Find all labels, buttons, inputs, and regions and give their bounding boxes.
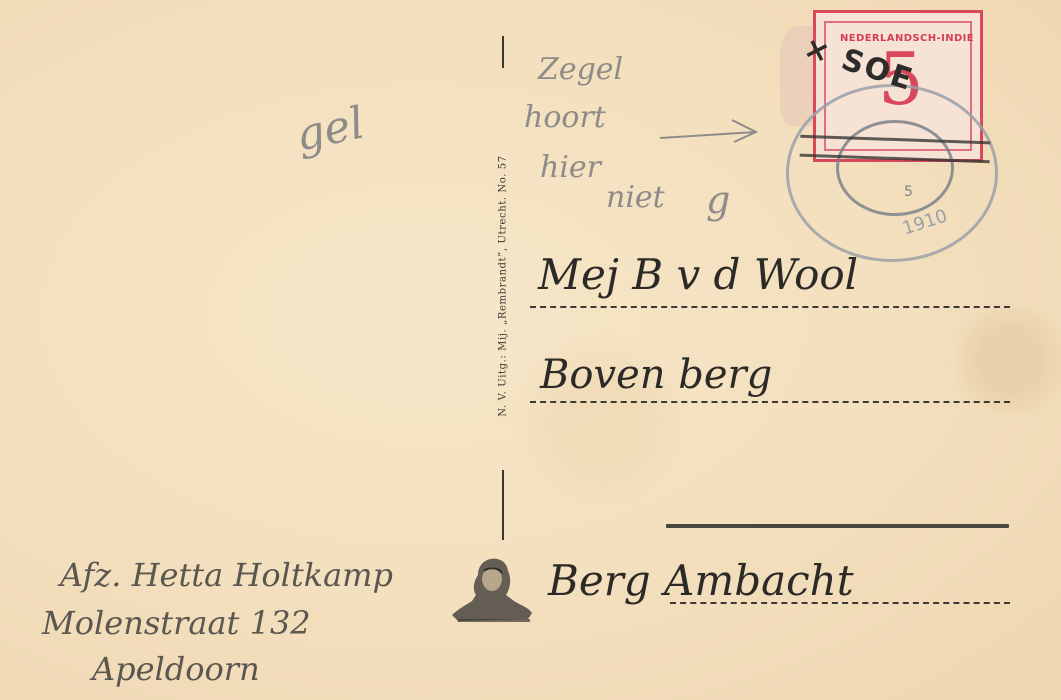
pencil-note-line-4: niet [606,180,665,215]
arrow-right-icon [660,112,760,152]
pencil-mark-gel: gel [291,97,368,161]
pencil-note-initial: g [706,178,730,222]
sender-name: Afz. Hetta Holtkamp [60,556,393,594]
sender-town: Apeldoorn [92,650,260,688]
postmark-day: 5 [904,184,913,200]
recipient-street: Boven berg [540,352,772,398]
pencil-note-line-3: hier [540,150,601,185]
pencil-note-line-2: hoort [524,100,606,135]
postmark-inner-ring [836,120,954,216]
sender-street: Molenstraat 132 [42,604,311,642]
address-line-2 [530,401,1010,403]
pencil-note-line-1: Zegel [538,52,623,87]
recipient-name: Mej B v d Wool [538,250,858,299]
postcard-back: N. V. Uitg.: Mij. „Rembrandt”, Utrecht. … [0,0,1061,700]
publisher-imprint: N. V. Uitg.: Mij. „Rembrandt”, Utrecht. … [498,66,509,506]
center-divider-top [502,36,504,68]
center-divider-bottom [502,470,504,540]
address-line-3 [666,524,1009,528]
rembrandt-portrait-logo-icon [448,545,538,627]
recipient-town: Berg Ambacht [548,556,854,605]
address-line-1 [530,306,1010,308]
